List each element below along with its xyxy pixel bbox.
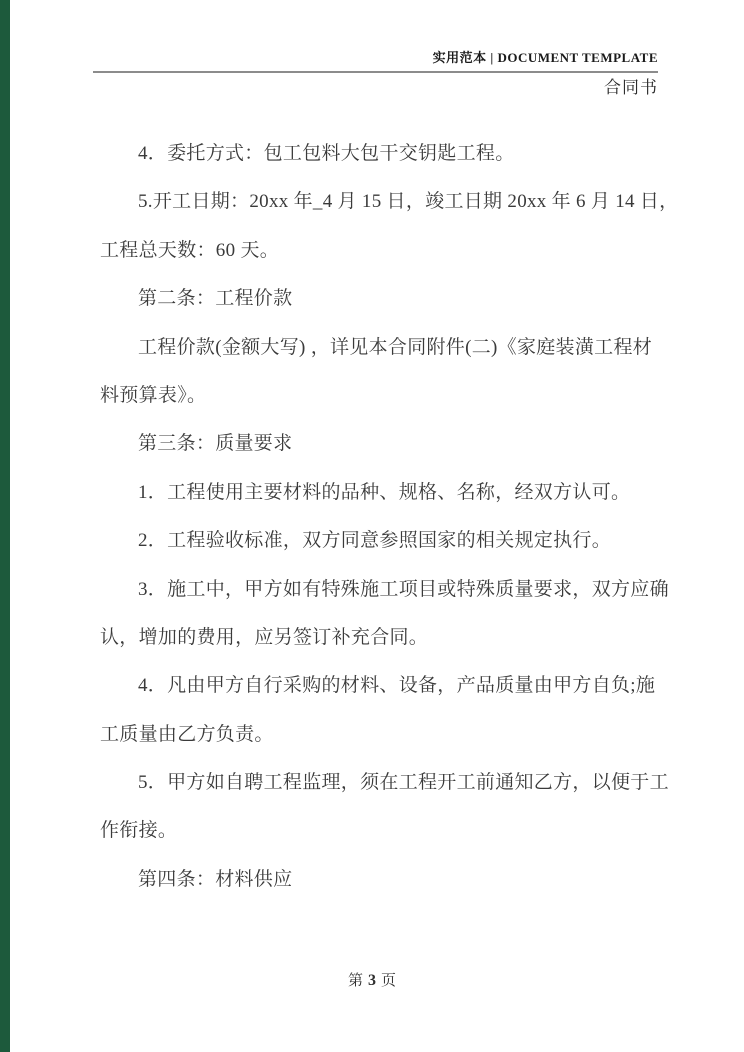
body-line: 第二条：工程价款 bbox=[100, 275, 660, 323]
header-rule bbox=[93, 71, 658, 73]
page-edge-bar bbox=[0, 0, 10, 1052]
footer-suffix: 页 bbox=[381, 973, 396, 989]
doc-type-title: 合同书 bbox=[93, 76, 658, 100]
body-line: 料预算表》。 bbox=[100, 372, 660, 420]
body-line: 作衔接。 bbox=[100, 807, 660, 855]
document-body: 4．委托方式：包工包料大包干交钥匙工程。 5.开工日期：20xx 年_4 月 1… bbox=[100, 130, 660, 904]
document-page: 实用范本 | DOCUMENT TEMPLATE 合同书 4．委托方式：包工包料… bbox=[0, 0, 744, 1052]
body-line: 5.开工日期：20xx 年_4 月 15 日，竣工日期 20xx 年 6 月 1… bbox=[100, 178, 660, 226]
body-line: 工质量由乙方负责。 bbox=[100, 711, 660, 759]
body-line: 第三条：质量要求 bbox=[100, 420, 660, 468]
document-header: 实用范本 | DOCUMENT TEMPLATE 合同书 bbox=[93, 48, 658, 100]
page-number: 3 bbox=[368, 972, 376, 989]
body-line: 认，增加的费用，应另签订补充合同。 bbox=[100, 614, 660, 662]
brand-line: 实用范本 | DOCUMENT TEMPLATE bbox=[93, 48, 658, 68]
body-line: 第四条：材料供应 bbox=[100, 856, 660, 904]
body-line: 工程总天数：60 天。 bbox=[100, 227, 660, 275]
footer-prefix: 第 bbox=[348, 973, 363, 989]
body-line: 2．工程验收标准，双方同意参照国家的相关规定执行。 bbox=[100, 517, 660, 565]
page-footer: 第3页 bbox=[0, 969, 744, 993]
body-line: 5．甲方如自聘工程监理，须在工程开工前通知乙方，以便于工 bbox=[100, 759, 660, 807]
body-line: 4．委托方式：包工包料大包干交钥匙工程。 bbox=[100, 130, 660, 178]
body-line: 4．凡由甲方自行采购的材料、设备，产品质量由甲方自负;施 bbox=[100, 662, 660, 710]
body-line: 3．施工中，甲方如有特殊施工项目或特殊质量要求，双方应确 bbox=[100, 566, 660, 614]
body-line: 工程价款(金额大写) ，详见本合同附件(二)《家庭装潢工程材 bbox=[100, 324, 660, 372]
body-line: 1．工程使用主要材料的品种、规格、名称，经双方认可。 bbox=[100, 469, 660, 517]
